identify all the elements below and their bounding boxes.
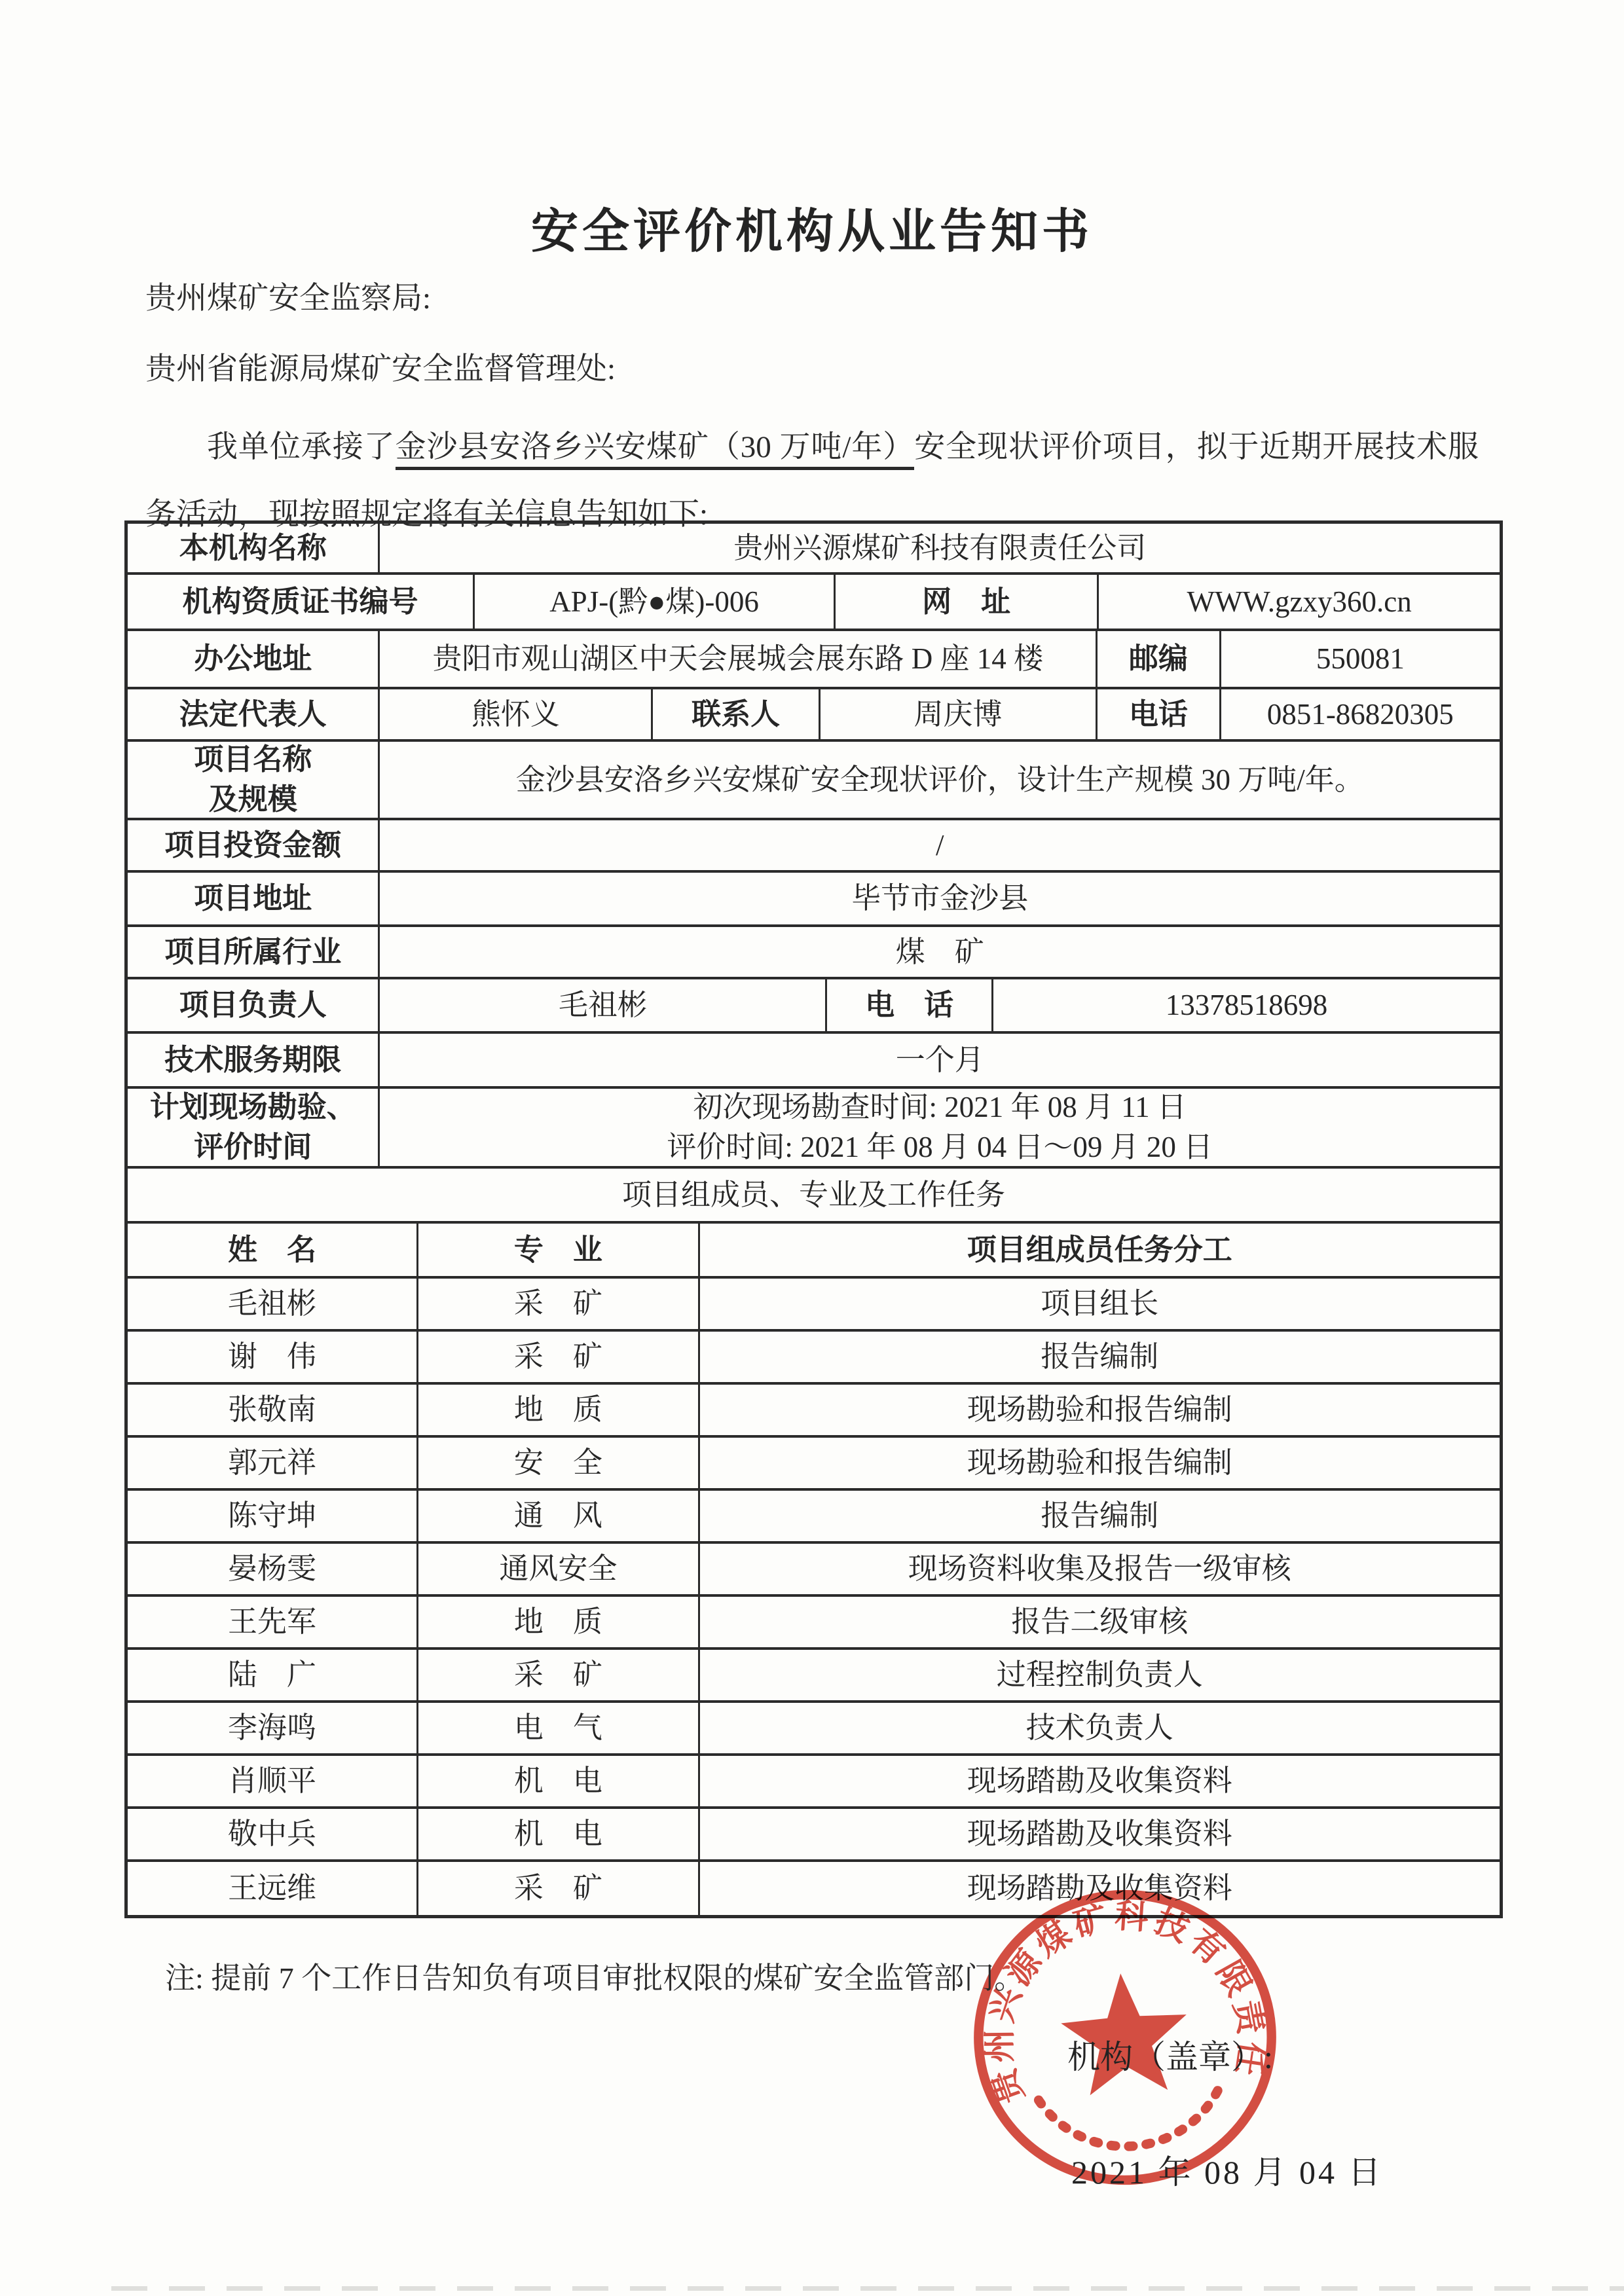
team-row-8: 陆 广 采 矿 过程控制负责人: [128, 1650, 1500, 1703]
team-row-4: 郭元祥 安 全 现场勘验和报告编制: [128, 1438, 1500, 1491]
member-major: 安 全: [418, 1438, 699, 1488]
investment-label: 项目投资金额: [128, 820, 380, 870]
signature-stamp-label: 机构（盖章）:: [1067, 2031, 1273, 2078]
table-row-service-period: 技术服务期限 一个月: [128, 1034, 1500, 1089]
schedule-label-line1: 计划现场勘验、: [150, 1087, 356, 1127]
member-name: 张敬南: [128, 1385, 418, 1435]
intro-project-name-underlined: 金沙县安洛乡兴安煤矿（30 万吨/年）: [396, 430, 915, 470]
member-major: 采 矿: [418, 1279, 699, 1329]
project-leader-label: 项目负责人: [128, 979, 380, 1031]
schedule-survey-date: 初次现场勘查时间: 2021 年 08 月 11 日: [693, 1087, 1187, 1127]
intro-pre: 我单位承接了: [207, 430, 396, 464]
member-major: 采 矿: [418, 1650, 699, 1700]
org-name-value: 贵州兴源煤矿科技有限责任公司: [380, 524, 1500, 572]
zip-label: 邮编: [1098, 631, 1221, 687]
schedule-label: 计划现场勘验、 评价时间: [128, 1089, 380, 1166]
project-name-value: 金沙县安洛乡兴安煤矿安全现状评价，设计生产规模 30 万吨/年。: [380, 742, 1500, 818]
recipient-line-2: 贵州省能源局煤矿安全监督管理处:: [145, 344, 616, 388]
org-name-label: 本机构名称: [128, 524, 380, 572]
table-row-industry: 项目所属行业 煤 矿: [128, 927, 1500, 979]
member-task: 现场资料收集及报告一级审核: [700, 1544, 1500, 1594]
member-task: 现场勘验和报告编制: [700, 1438, 1500, 1488]
table-row-certificate: 机构资质证书编号 APJ-(黔●煤)-006 网 址 WWW.gzxy360.c…: [128, 575, 1500, 631]
page-title: 安全评价机构从业告知书: [0, 193, 1624, 261]
service-period-label: 技术服务期限: [128, 1034, 380, 1086]
member-task: 报告编制: [700, 1491, 1500, 1541]
member-task: 现场踏勘及收集资料: [700, 1809, 1500, 1859]
project-address-label: 项目地址: [128, 873, 380, 924]
member-task: 过程控制负责人: [700, 1650, 1500, 1700]
schedule-label-line2: 评价时间: [194, 1127, 312, 1167]
schedule-evaluation-dates: 评价时间: 2021 年 08 月 04 日～09 月 20 日: [667, 1127, 1213, 1167]
team-row-3: 张敬南 地 质 现场勘验和报告编制: [128, 1385, 1500, 1438]
signature-date: 2021 年 08 月 04 日: [1071, 2146, 1384, 2193]
team-row-12: 王远维 采 矿 现场踏勘及收集资料: [128, 1862, 1500, 1915]
member-name: 晏杨雯: [128, 1544, 418, 1594]
project-leader-value: 毛祖彬: [380, 979, 827, 1031]
member-major: 采 矿: [418, 1862, 699, 1915]
member-name: 敬中兵: [128, 1809, 418, 1859]
telephone-value: 0851-86820305: [1221, 689, 1500, 739]
member-major: 采 矿: [418, 1332, 699, 1382]
team-row-7: 王先军 地 质 报告二级审核: [128, 1597, 1500, 1650]
member-task: 技术负责人: [700, 1703, 1500, 1753]
member-name: 郭元祥: [128, 1438, 418, 1488]
member-major: 地 质: [418, 1385, 699, 1435]
table-row-schedule: 计划现场勘验、 评价时间 初次现场勘查时间: 2021 年 08 月 11 日 …: [128, 1089, 1500, 1169]
footnote: 注: 提前 7 个工作日告知负有项目审批权限的煤矿安全监管部门。: [165, 1954, 1024, 1997]
schedule-value: 初次现场勘查时间: 2021 年 08 月 11 日 评价时间: 2021 年 …: [380, 1089, 1500, 1166]
project-name-label: 项目名称 及规模: [128, 742, 380, 818]
website-label: 网 址: [836, 575, 1099, 629]
leader-phone-value: 13378518698: [993, 979, 1500, 1031]
project-name-label-line1: 项目名称: [194, 740, 312, 780]
member-major: 地 质: [418, 1597, 699, 1647]
office-address-label: 办公地址: [128, 631, 380, 687]
member-name: 毛祖彬: [128, 1279, 418, 1329]
team-row-6: 晏杨雯 通风安全 现场资料收集及报告一级审核: [128, 1544, 1500, 1597]
industry-value: 煤 矿: [380, 927, 1500, 977]
team-section-title: 项目组成员、专业及工作任务: [128, 1169, 1500, 1221]
zip-value: 550081: [1221, 631, 1500, 687]
investment-value: /: [380, 820, 1500, 870]
service-period-value: 一个月: [380, 1034, 1500, 1086]
table-row-project-address: 项目地址 毕节市金沙县: [128, 873, 1500, 927]
member-name: 王先军: [128, 1597, 418, 1647]
contact-label: 联系人: [653, 689, 821, 739]
member-major: 电 气: [418, 1703, 699, 1753]
table-row-team-title: 项目组成员、专业及工作任务: [128, 1169, 1500, 1224]
team-row-5: 陈守坤 通 风 报告编制: [128, 1491, 1500, 1544]
notification-info-table: 本机构名称 贵州兴源煤矿科技有限责任公司 机构资质证书编号 APJ-(黔●煤)-…: [124, 520, 1503, 1918]
member-major: 机 电: [418, 1809, 699, 1859]
team-row-10: 肖顺平 机 电 现场踏勘及收集资料: [128, 1756, 1500, 1809]
telephone-label: 电话: [1098, 689, 1221, 739]
table-row-legal-representative: 法定代表人 熊怀义 联系人 周庆博 电话 0851-86820305: [128, 689, 1500, 742]
legal-rep-value: 熊怀义: [380, 689, 653, 739]
table-row-org-name: 本机构名称 贵州兴源煤矿科技有限责任公司: [128, 524, 1500, 575]
team-row-11: 敬中兵 机 电 现场踏勘及收集资料: [128, 1809, 1500, 1862]
member-task: 报告二级审核: [700, 1597, 1500, 1647]
member-name: 谢 伟: [128, 1332, 418, 1382]
member-name: 肖顺平: [128, 1756, 418, 1806]
leader-phone-label: 电 话: [827, 979, 993, 1031]
team-header-name: 姓 名: [128, 1224, 418, 1276]
member-major: 通 风: [418, 1491, 699, 1541]
office-address-value: 贵阳市观山湖区中天会展城会展东路 D 座 14 楼: [380, 631, 1098, 687]
team-row-2: 谢 伟 采 矿 报告编制: [128, 1332, 1500, 1385]
table-row-project-name: 项目名称 及规模 金沙县安洛乡兴安煤矿安全现状评价，设计生产规模 30 万吨/年…: [128, 742, 1500, 820]
table-row-office-address: 办公地址 贵阳市观山湖区中天会展城会展东路 D 座 14 楼 邮编 550081: [128, 631, 1500, 689]
team-row-9: 李海鸣 电 气 技术负责人: [128, 1703, 1500, 1756]
team-header-major: 专 业: [418, 1224, 699, 1276]
document-page: 安全评价机构从业告知书 贵州煤矿安全监察局: 贵州省能源局煤矿安全监督管理处: …: [0, 0, 1624, 2296]
website-value: WWW.gzxy360.cn: [1099, 575, 1500, 629]
team-header-task: 项目组成员任务分工: [700, 1224, 1500, 1276]
legal-rep-label: 法定代表人: [128, 689, 380, 739]
member-name: 王远维: [128, 1862, 418, 1915]
table-row-investment: 项目投资金额 /: [128, 820, 1500, 873]
member-name: 陆 广: [128, 1650, 418, 1700]
team-header-row: 姓 名 专 业 项目组成员任务分工: [128, 1224, 1500, 1279]
table-row-project-leader: 项目负责人 毛祖彬 电 话 13378518698: [128, 979, 1500, 1034]
member-task: 报告编制: [700, 1332, 1500, 1382]
member-task: 现场踏勘及收集资料: [700, 1756, 1500, 1806]
cert-label: 机构资质证书编号: [128, 575, 475, 629]
member-major: 通风安全: [418, 1544, 699, 1594]
member-name: 陈守坤: [128, 1491, 418, 1541]
team-row-1: 毛祖彬 采 矿 项目组长: [128, 1279, 1500, 1332]
recipient-line-1: 贵州煤矿安全监察局:: [145, 274, 431, 318]
scan-artifact-band: [111, 2286, 1624, 2291]
member-major: 机 电: [418, 1756, 699, 1806]
cert-value: APJ-(黔●煤)-006: [475, 575, 836, 629]
seal-dotted-arc: [1039, 2088, 1223, 2153]
member-name: 李海鸣: [128, 1703, 418, 1753]
contact-value: 周庆博: [821, 689, 1098, 739]
member-task: 现场勘验和报告编制: [700, 1385, 1500, 1435]
project-address-value: 毕节市金沙县: [380, 873, 1500, 924]
industry-label: 项目所属行业: [128, 927, 380, 977]
project-name-label-line2: 及规模: [209, 780, 297, 820]
member-task: 项目组长: [700, 1279, 1500, 1329]
